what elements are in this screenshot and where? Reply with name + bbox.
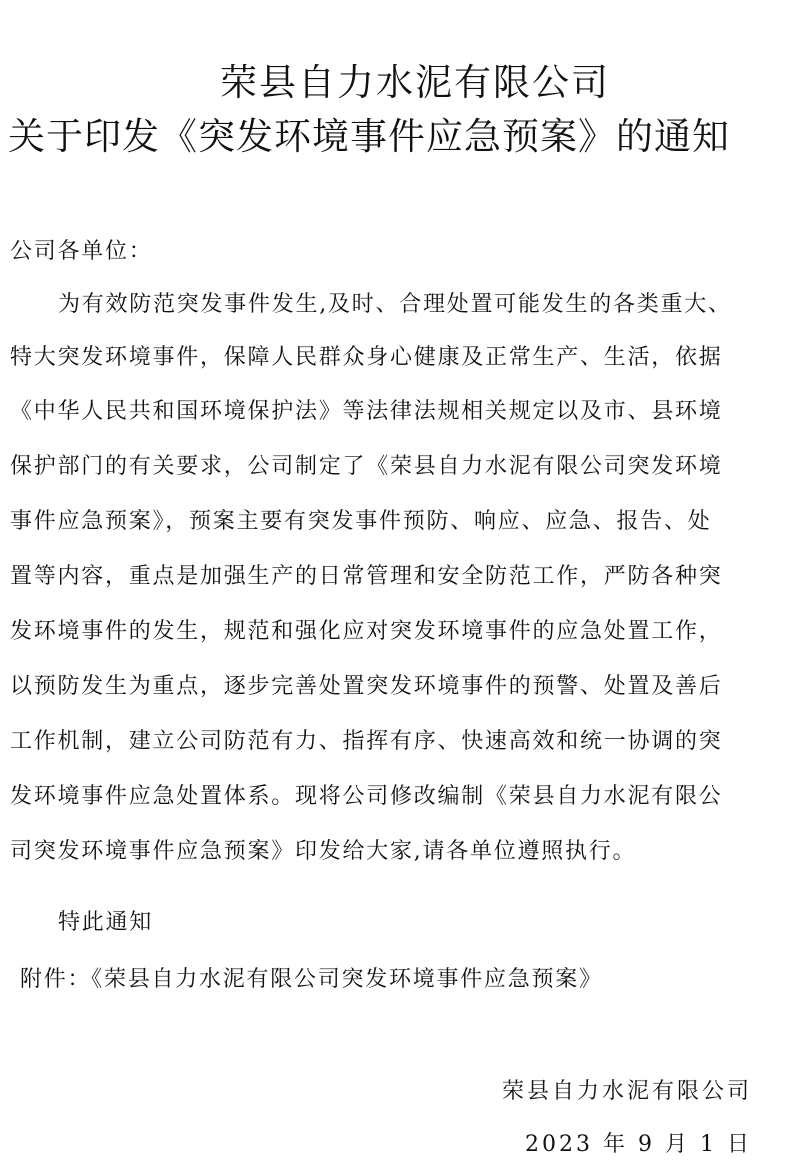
signature-date: 2023 年 9 月 1 日: [525, 1130, 752, 1160]
company-title: 荣县自力水泥有限公司: [0, 58, 800, 108]
body-line: 发环境事件的发生，规范和强化应对突发环境事件的应急处置工作，: [10, 617, 723, 647]
body-line: 置等内容，重点是加强生产的日常管理和安全防范工作，严防各种突: [10, 562, 723, 592]
body-line: 工作机制，建立公司防范有力、指挥有序、快速高效和统一协调的突: [10, 727, 723, 757]
body-line: 事件应急预案》，预案主要有突发事件预防、响应、应急、报告、处: [10, 507, 712, 537]
closing-text: 特此通知: [58, 908, 153, 938]
body-line: 保护部门的有关要求，公司制定了《荣县自力水泥有限公司突发环境: [10, 452, 723, 482]
body-line: 以预防发生为重点，逐步完善处置突发环境事件的预警、处置及善后: [10, 672, 723, 702]
salutation: 公司各单位：: [10, 237, 153, 267]
attachment-line: 附件：《荣县自力水泥有限公司突发环境事件应急预案》: [20, 965, 603, 995]
body-line: 发环境事件应急处置体系。现将公司修改编制《荣县自力水泥有限公: [10, 782, 723, 812]
signature-organization: 荣县自力水泥有限公司: [502, 1077, 752, 1107]
body-line: 司突发环境事件应急预案》印发给大家,请各单位遵照执行。: [10, 837, 636, 867]
body-line: 特大突发环境事件，保障人民群众身心健康及正常生产、生活，依据: [10, 343, 723, 373]
body-line: 为有效防范突发事件发生,及时、合理处置可能发生的各类重大、: [58, 290, 732, 320]
body-line: 《中华人民共和国环境保护法》等法律法规相关规定以及市、县环境: [10, 397, 723, 427]
notice-title: 关于印发《突发环境事件应急预案》的通知: [8, 110, 730, 164]
